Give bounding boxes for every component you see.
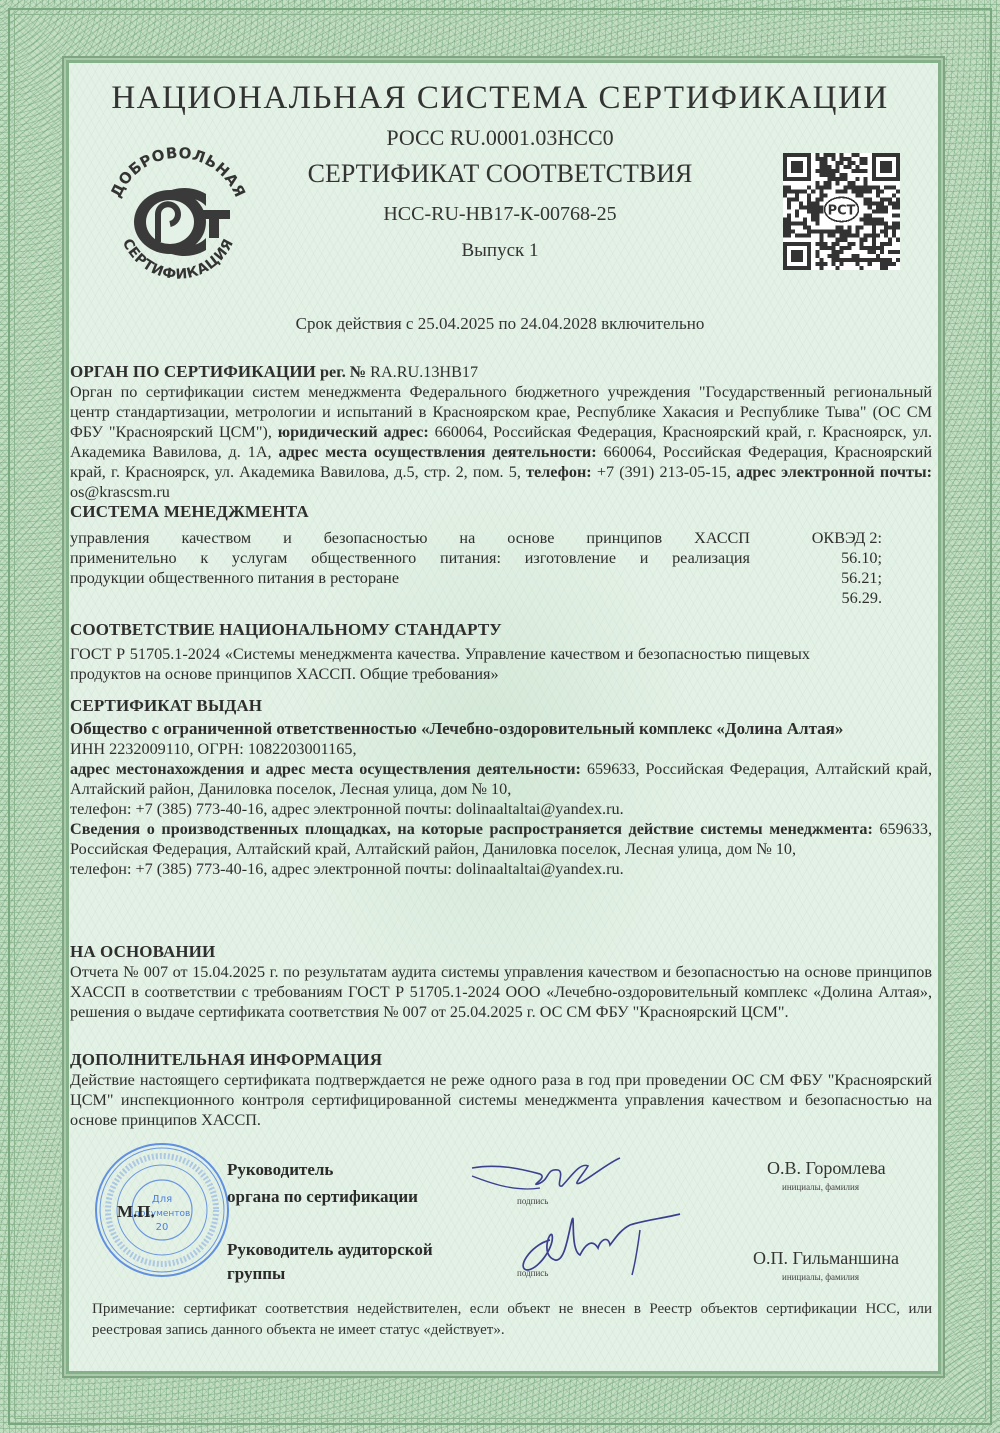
reg-label: рег. № [320, 363, 366, 381]
svg-text:20: 20 [156, 1222, 169, 1233]
management-system-heading: СИСТЕМА МЕНЕДЖМЕНТА [70, 502, 932, 522]
phone: +7 (391) 213-05-15, [597, 463, 731, 481]
standard-section: СООТВЕТСТВИЕ НАЦИОНАЛЬНОМУ СТАНДАРТУ ГОС… [70, 620, 810, 684]
certification-body-section: ОРГАН ПО СЕРТИФИКАЦИИ рег. № RA.RU.13НВ1… [70, 362, 932, 502]
additional-info-section: ДОПОЛНИТЕЛЬНАЯ ИНФОРМАЦИЯ Действие насто… [70, 1050, 932, 1130]
certification-body-heading: ОРГАН ПО СЕРТИФИКАЦИИ [70, 362, 316, 381]
validity-period: Срок действия с 25.04.2025 по 24.04.2028… [0, 314, 1000, 334]
okved-code: 56.29. [750, 588, 882, 608]
signature-1-icon [470, 1148, 630, 1198]
management-system-line: применительно к услугам общественного пи… [70, 548, 750, 568]
validity-note: Примечание: сертификат соответствия неде… [92, 1299, 932, 1341]
sites-label: Сведения о производственных площадках, н… [70, 820, 873, 838]
management-system-section: СИСТЕМА МЕНЕДЖМЕНТА управления качеством… [70, 502, 932, 608]
standard-text: ГОСТ Р 51705.1-2024 «Системы менеджмента… [70, 644, 810, 684]
organization-contacts: телефон: +7 (385) 773-40-16, адрес элект… [70, 799, 932, 819]
organization-address-label: адрес местонахождения и адрес места осущ… [70, 760, 581, 778]
signature-caption: подпись [517, 1268, 548, 1278]
signer-role-line1: Руководитель аудиторской [227, 1240, 433, 1260]
name-caption: инициалы, фамилия [782, 1272, 859, 1282]
svg-text:Для: Для [152, 1194, 172, 1205]
issued-to-heading: СЕРТИФИКАТ ВЫДАН [70, 696, 932, 716]
rst-mark-icon: ДОБРОВОЛЬНАЯ СЕРТИФИКАЦИЯ [98, 142, 258, 287]
issued-to-section: СЕРТИФИКАТ ВЫДАН Общество с ограниченной… [70, 696, 932, 879]
legal-address-label: юридический адрес: [278, 423, 429, 441]
reg-number: RA.RU.13НВ17 [370, 363, 478, 381]
standard-heading: СООТВЕТСТВИЕ НАЦИОНАЛЬНОМУ СТАНДАРТУ [70, 620, 810, 640]
signer-role-line2: органа по сертификации [227, 1187, 418, 1207]
basis-heading: НА ОСНОВАНИИ [70, 942, 932, 962]
signer-role-line2: группы [227, 1264, 285, 1284]
basis-section: НА ОСНОВАНИИ Отчета № 007 от 15.04.2025 … [70, 942, 932, 1022]
basis-text: Отчета № 007 от 15.04.2025 г. по результ… [70, 962, 932, 1022]
management-system-line: управления качеством и безопасностью на … [70, 528, 750, 548]
name-caption: инициалы, фамилия [782, 1182, 859, 1192]
additional-info-heading: ДОПОЛНИТЕЛЬНАЯ ИНФОРМАЦИЯ [70, 1050, 932, 1070]
email-label: адрес электронной почты: [736, 463, 932, 481]
seal-label: М.П. [117, 1202, 155, 1222]
svg-text:РСТ: РСТ [828, 203, 856, 218]
activity-address-label: адрес места осуществления деятельности: [278, 443, 596, 461]
signer-name: О.П. Гильманшина [753, 1248, 899, 1269]
okved-code: 56.21; [750, 568, 882, 588]
qr-code-icon[interactable]: РСТ [783, 153, 900, 270]
official-seal-icon: Для документов 20 [92, 1140, 232, 1280]
signer-role-line1: Руководитель [227, 1160, 333, 1180]
signer-name: О.В. Горомлева [767, 1158, 886, 1179]
email-link[interactable]: os@krascsm.ru [70, 483, 170, 501]
sites-contacts: телефон: +7 (385) 773-40-16, адрес элект… [70, 859, 932, 879]
system-title: НАЦИОНАЛЬНАЯ СИСТЕМА СЕРТИФИКАЦИИ [0, 80, 1000, 117]
management-system-line: продукции общественного питания в рестор… [70, 568, 750, 588]
organization-ids: ИНН 2232009110, ОГРН: 1082203001165, [70, 739, 932, 759]
phone-label: телефон: [526, 463, 592, 481]
okved-label: ОКВЭД 2: [750, 528, 882, 548]
organization-name: Общество с ограниченной ответственностью… [70, 718, 932, 739]
okved-code: 56.10; [750, 548, 882, 568]
additional-info-text: Действие настоящего сертификата подтверж… [70, 1070, 932, 1130]
